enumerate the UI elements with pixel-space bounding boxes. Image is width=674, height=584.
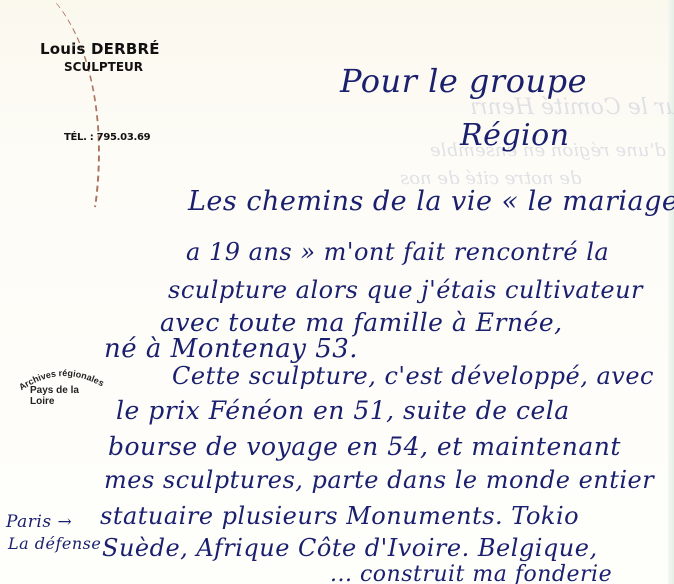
body-line: Suède, Afrique Côte d'Ivoire. Belgique, [102,534,598,562]
page-edge [668,0,674,584]
body-line: ... construit ma fonderie [330,562,612,584]
letterhead: Louis DERBRÉ SCULPTEUR [40,40,160,74]
body-line: Les chemins de la vie « le mariage [188,186,674,217]
letter-page: Pour le Comité Henri d'une région en ens… [0,0,674,584]
body-line: statuaire plusieurs Monuments. Tokio [100,502,579,530]
body-line: sculpture alors que j'étais cultivateur [168,276,643,304]
body-line: né à Montenay 53. [104,334,358,364]
margin-note-line-2: La défense [8,534,101,553]
stamp-subtext: Pays de la Loire [30,385,106,407]
margin-note-line-1: Paris → [6,512,72,532]
paper-fold-mark [0,0,127,207]
letterhead-telephone: TÉL. : 795.03.69 [64,132,150,143]
body-line: a 19 ans » m'ont fait rencontré la [186,238,609,266]
body-line: mes sculptures, parte dans le monde enti… [104,466,654,494]
letterhead-name: Louis DERBRÉ [40,40,160,58]
body-line: bourse de voyage en 54, et maintenant [108,432,621,461]
letterhead-title: SCULPTEUR [64,60,160,74]
body-line: Cette sculpture, c'est développé, avec [172,362,654,390]
body-line: avec toute ma famille à Ernée, [160,308,563,337]
body-line: le prix Fénéon en 51, suite de cela [116,396,570,425]
recipient-line-1: Pour le groupe [340,62,587,100]
archive-stamp: Archives régionales Pays de la Loire [14,365,106,405]
recipient-line-2: Région [460,118,570,153]
